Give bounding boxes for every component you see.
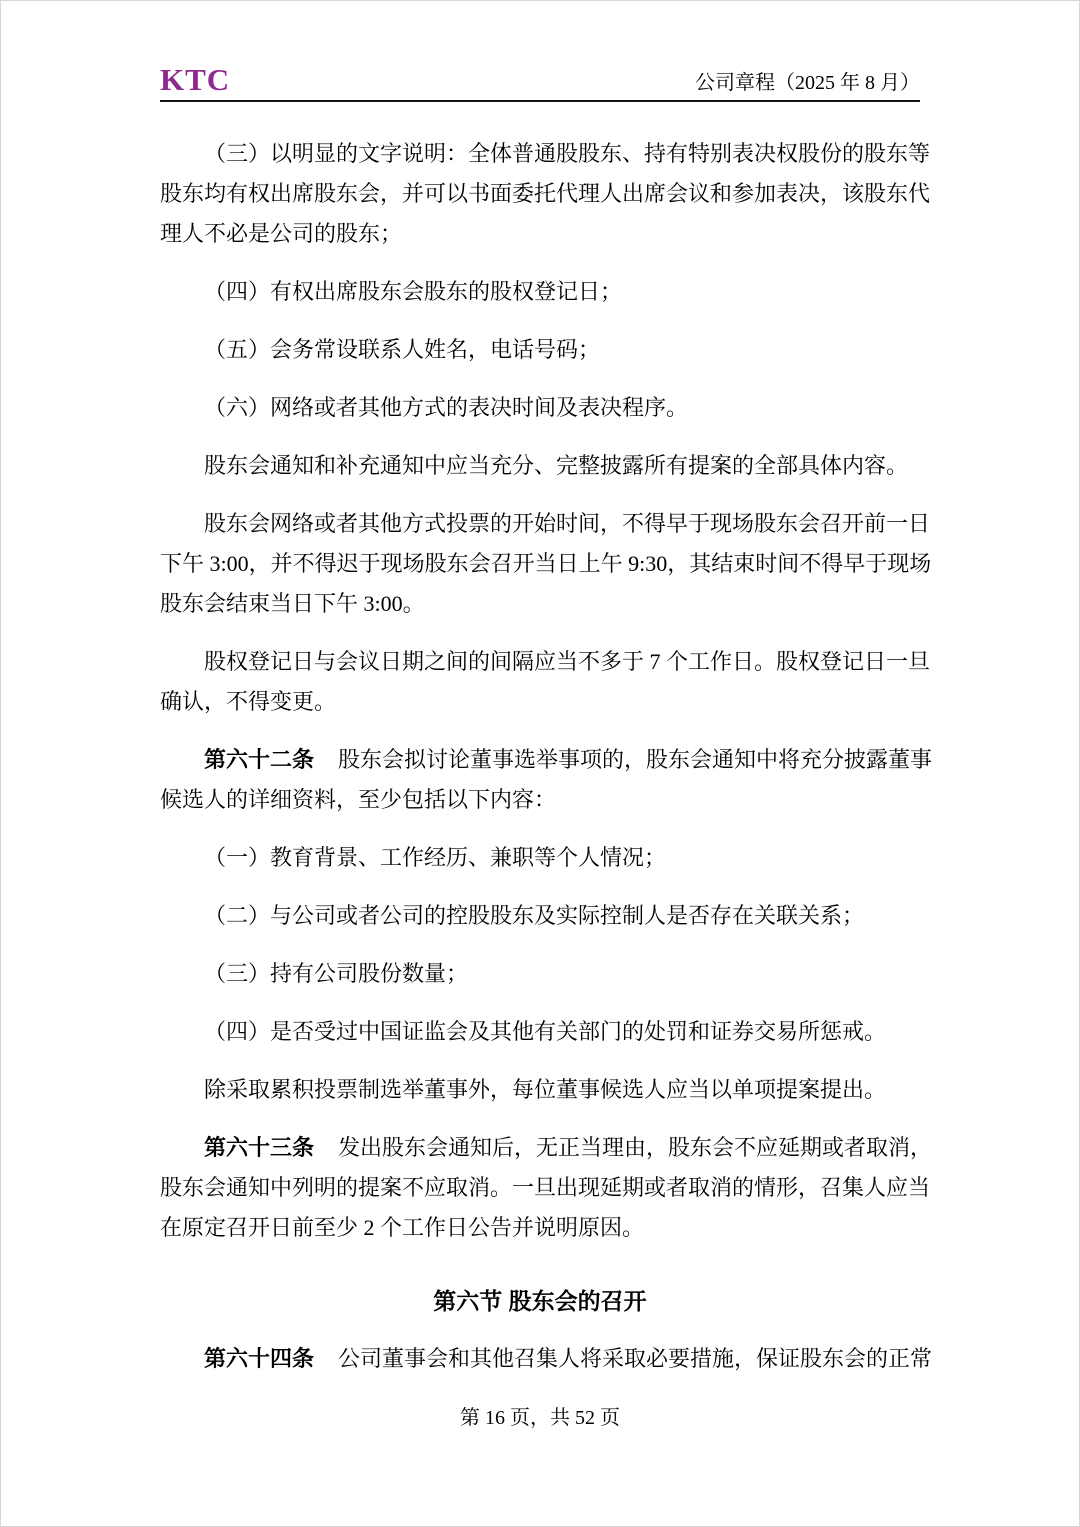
article-text: 股东会拟讨论董事选举事项的，股东会通知中将充分披露董事	[338, 747, 932, 772]
text-line: 下午 3:00，并不得迟于现场股东会召开当日上午 9:30，其结束时间不得早于现…	[160, 544, 920, 584]
paragraph: （五）会务常设联系人姓名，电话号码；	[160, 330, 920, 370]
text-line: 在原定召开日前至少 2 个工作日公告并说明原因。	[160, 1208, 920, 1248]
paragraph: （三）以明显的文字说明：全体普通股股东、持有特别表决权股份的股东等 股东均有权出…	[160, 134, 920, 254]
text-line: 确认，不得变更。	[160, 682, 920, 722]
document-body: （三）以明显的文字说明：全体普通股股东、持有特别表决权股份的股东等 股东均有权出…	[160, 134, 920, 1379]
text-line: （二）与公司或者公司的控股股东及实际控制人是否存在关联关系；	[160, 896, 920, 936]
text-line: 候选人的详细资料，至少包括以下内容：	[160, 780, 920, 820]
paragraph: （四）有权出席股东会股东的股权登记日；	[160, 272, 920, 312]
article-number: 第六十四条	[204, 1346, 314, 1371]
paragraph: （三）持有公司股份数量；	[160, 954, 920, 994]
paragraph: （一）教育背景、工作经历、兼职等个人情况；	[160, 838, 920, 878]
paragraph: 第六十四条公司董事会和其他召集人将采取必要措施，保证股东会的正常	[160, 1339, 920, 1379]
company-logo: KTC	[160, 61, 230, 99]
text-line: （六）网络或者其他方式的表决时间及表决程序。	[160, 388, 920, 428]
text-line: （四）有权出席股东会股东的股权登记日；	[160, 272, 920, 312]
paragraph: （六）网络或者其他方式的表决时间及表决程序。	[160, 388, 920, 428]
paragraph: （二）与公司或者公司的控股股东及实际控制人是否存在关联关系；	[160, 896, 920, 936]
text-line: 股东会通知中列明的提案不应取消。一旦出现延期或者取消的情形，召集人应当	[160, 1168, 920, 1208]
article-text: 公司董事会和其他召集人将采取必要措施，保证股东会的正常	[338, 1346, 932, 1371]
text-line: （五）会务常设联系人姓名，电话号码；	[160, 330, 920, 370]
text-line: 第六十二条股东会拟讨论董事选举事项的，股东会通知中将充分披露董事	[160, 740, 920, 780]
text-line: 除采取累积投票制选举董事外，每位董事候选人应当以单项提案提出。	[160, 1070, 920, 1110]
text-line: （一）教育背景、工作经历、兼职等个人情况；	[160, 838, 920, 878]
text-line: （三）持有公司股份数量；	[160, 954, 920, 994]
text-line: 第六十四条公司董事会和其他召集人将采取必要措施，保证股东会的正常	[160, 1339, 920, 1379]
page-header: KTC 公司章程（2025 年 8 月）	[160, 1, 920, 102]
text-line: （三）以明显的文字说明：全体普通股股东、持有特别表决权股份的股东等	[160, 134, 920, 174]
paragraph: （四）是否受过中国证监会及其他有关部门的处罚和证券交易所惩戒。	[160, 1012, 920, 1052]
text-line: 股东会通知和补充通知中应当充分、完整披露所有提案的全部具体内容。	[160, 446, 920, 486]
text-line: （四）是否受过中国证监会及其他有关部门的处罚和证券交易所惩戒。	[160, 1012, 920, 1052]
article-number: 第六十三条	[204, 1135, 314, 1160]
paragraph: 股东会网络或者其他方式投票的开始时间，不得早于现场股东会召开前一日 下午 3:0…	[160, 504, 920, 624]
text-line: 理人不必是公司的股东；	[160, 214, 920, 254]
text-line: 股东会网络或者其他方式投票的开始时间，不得早于现场股东会召开前一日	[160, 504, 920, 544]
document-title: 公司章程（2025 年 8 月）	[695, 67, 920, 99]
page-number: 第 16 页，共 52 页	[1, 1404, 1079, 1432]
text-line: 股权登记日与会议日期之间的间隔应当不多于 7 个工作日。股权登记日一旦	[160, 642, 920, 682]
document-page: KTC 公司章程（2025 年 8 月） （三）以明显的文字说明：全体普通股股东…	[0, 0, 1080, 1527]
section-heading: 第六节 股东会的召开	[160, 1281, 920, 1321]
paragraph: 第六十二条股东会拟讨论董事选举事项的，股东会通知中将充分披露董事 候选人的详细资…	[160, 740, 920, 820]
text-line: 股东会结束当日下午 3:00。	[160, 584, 920, 624]
paragraph: 股权登记日与会议日期之间的间隔应当不多于 7 个工作日。股权登记日一旦 确认，不…	[160, 642, 920, 722]
paragraph: 第六十三条发出股东会通知后，无正当理由，股东会不应延期或者取消， 股东会通知中列…	[160, 1128, 920, 1248]
paragraph: 股东会通知和补充通知中应当充分、完整披露所有提案的全部具体内容。	[160, 446, 920, 486]
paragraph: 除采取累积投票制选举董事外，每位董事候选人应当以单项提案提出。	[160, 1070, 920, 1110]
article-text: 发出股东会通知后，无正当理由，股东会不应延期或者取消，	[338, 1135, 932, 1160]
text-line: 第六十三条发出股东会通知后，无正当理由，股东会不应延期或者取消，	[160, 1128, 920, 1168]
article-number: 第六十二条	[204, 747, 314, 772]
text-line: 股东均有权出席股东会，并可以书面委托代理人出席会议和参加表决，该股东代	[160, 174, 920, 214]
